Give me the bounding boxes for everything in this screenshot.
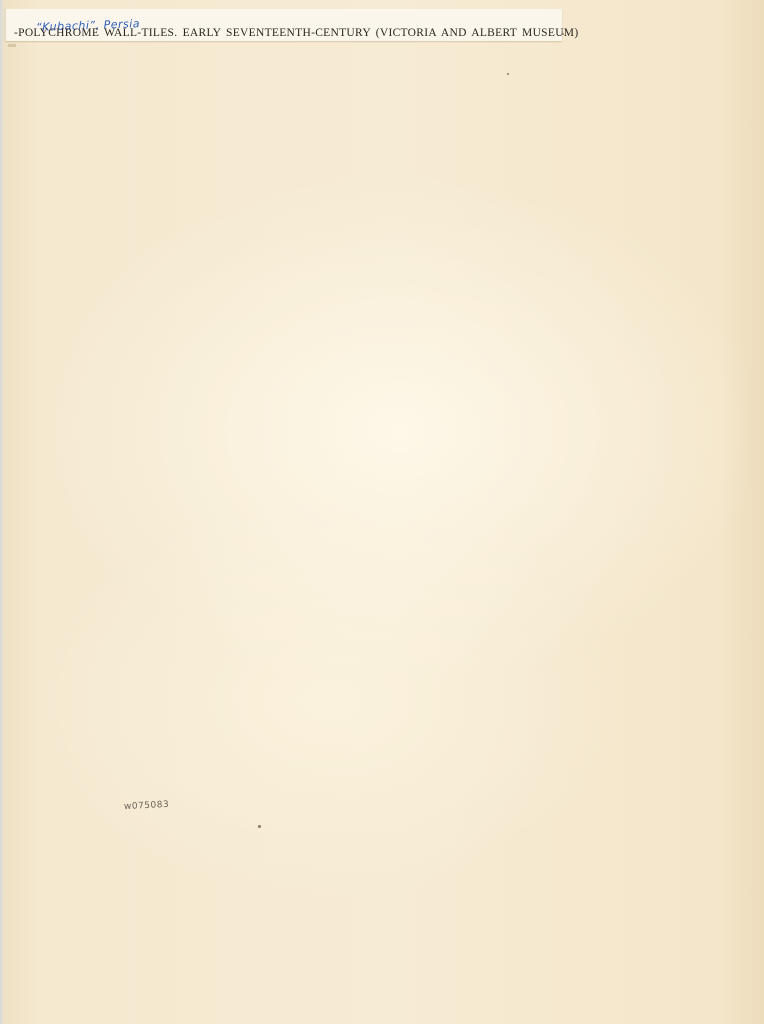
paper-speck — [507, 73, 509, 75]
paper-speck — [562, 33, 564, 35]
sheet-left-edge — [0, 0, 4, 1024]
caption-label-strip: “Kubachi”, Persia -POLYCHROME WALL-TILES… — [5, 9, 562, 41]
paper-speck — [258, 825, 261, 828]
printed-caption: -POLYCHROME WALL-TILES. EARLY SEVENTEENT… — [14, 27, 578, 39]
mount-sheet — [0, 0, 764, 1024]
label-tab-mark — [8, 44, 16, 47]
